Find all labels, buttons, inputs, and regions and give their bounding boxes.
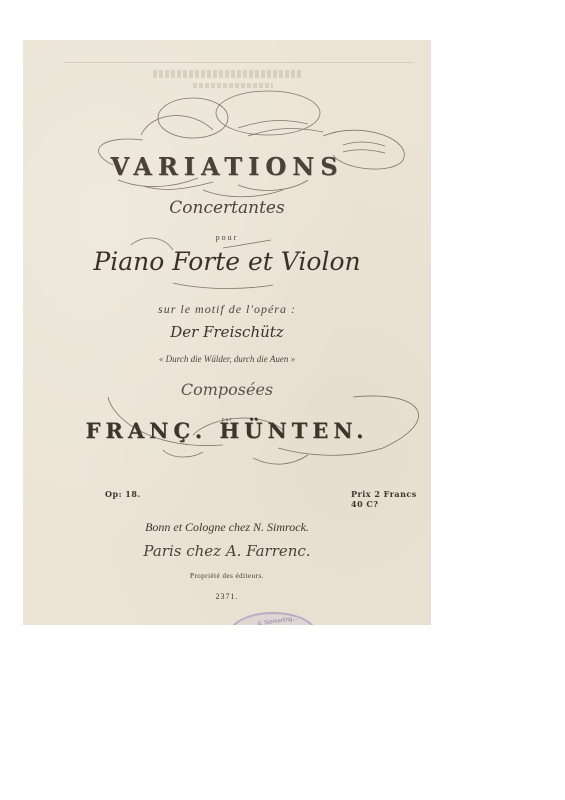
opus-number: Op: 18. — [105, 489, 141, 499]
price: Prix 2 Francs 40 C? — [351, 489, 431, 509]
motif-line: sur le motif de l'opéra : — [23, 302, 431, 317]
publisher-paris: Paris chez A. Farrenc. — [23, 542, 431, 560]
subtitle: Concertantes — [23, 198, 431, 218]
document-page: VARIATIONS Concertantes pour Piano Forte… — [23, 40, 431, 625]
plate-number: 2371. — [23, 592, 431, 601]
theme-quote: « Durch die Wälder, durch die Auen » — [23, 354, 431, 364]
composer-name: FRANÇ. HÜNTEN. — [23, 418, 431, 443]
stamp-text: ...d. Siemerling... — [245, 615, 305, 625]
property-notice: Propriété des éditeurs. — [23, 572, 431, 580]
pour-label: pour — [23, 233, 431, 242]
composees-label: Composées — [23, 380, 431, 399]
opera-title: Der Freischütz — [23, 323, 431, 341]
instrumentation: Piano Forte et Violon — [23, 247, 431, 276]
title: VARIATIONS — [23, 152, 431, 181]
publisher-bonn: Bonn et Cologne chez N. Simrock. — [23, 520, 431, 535]
